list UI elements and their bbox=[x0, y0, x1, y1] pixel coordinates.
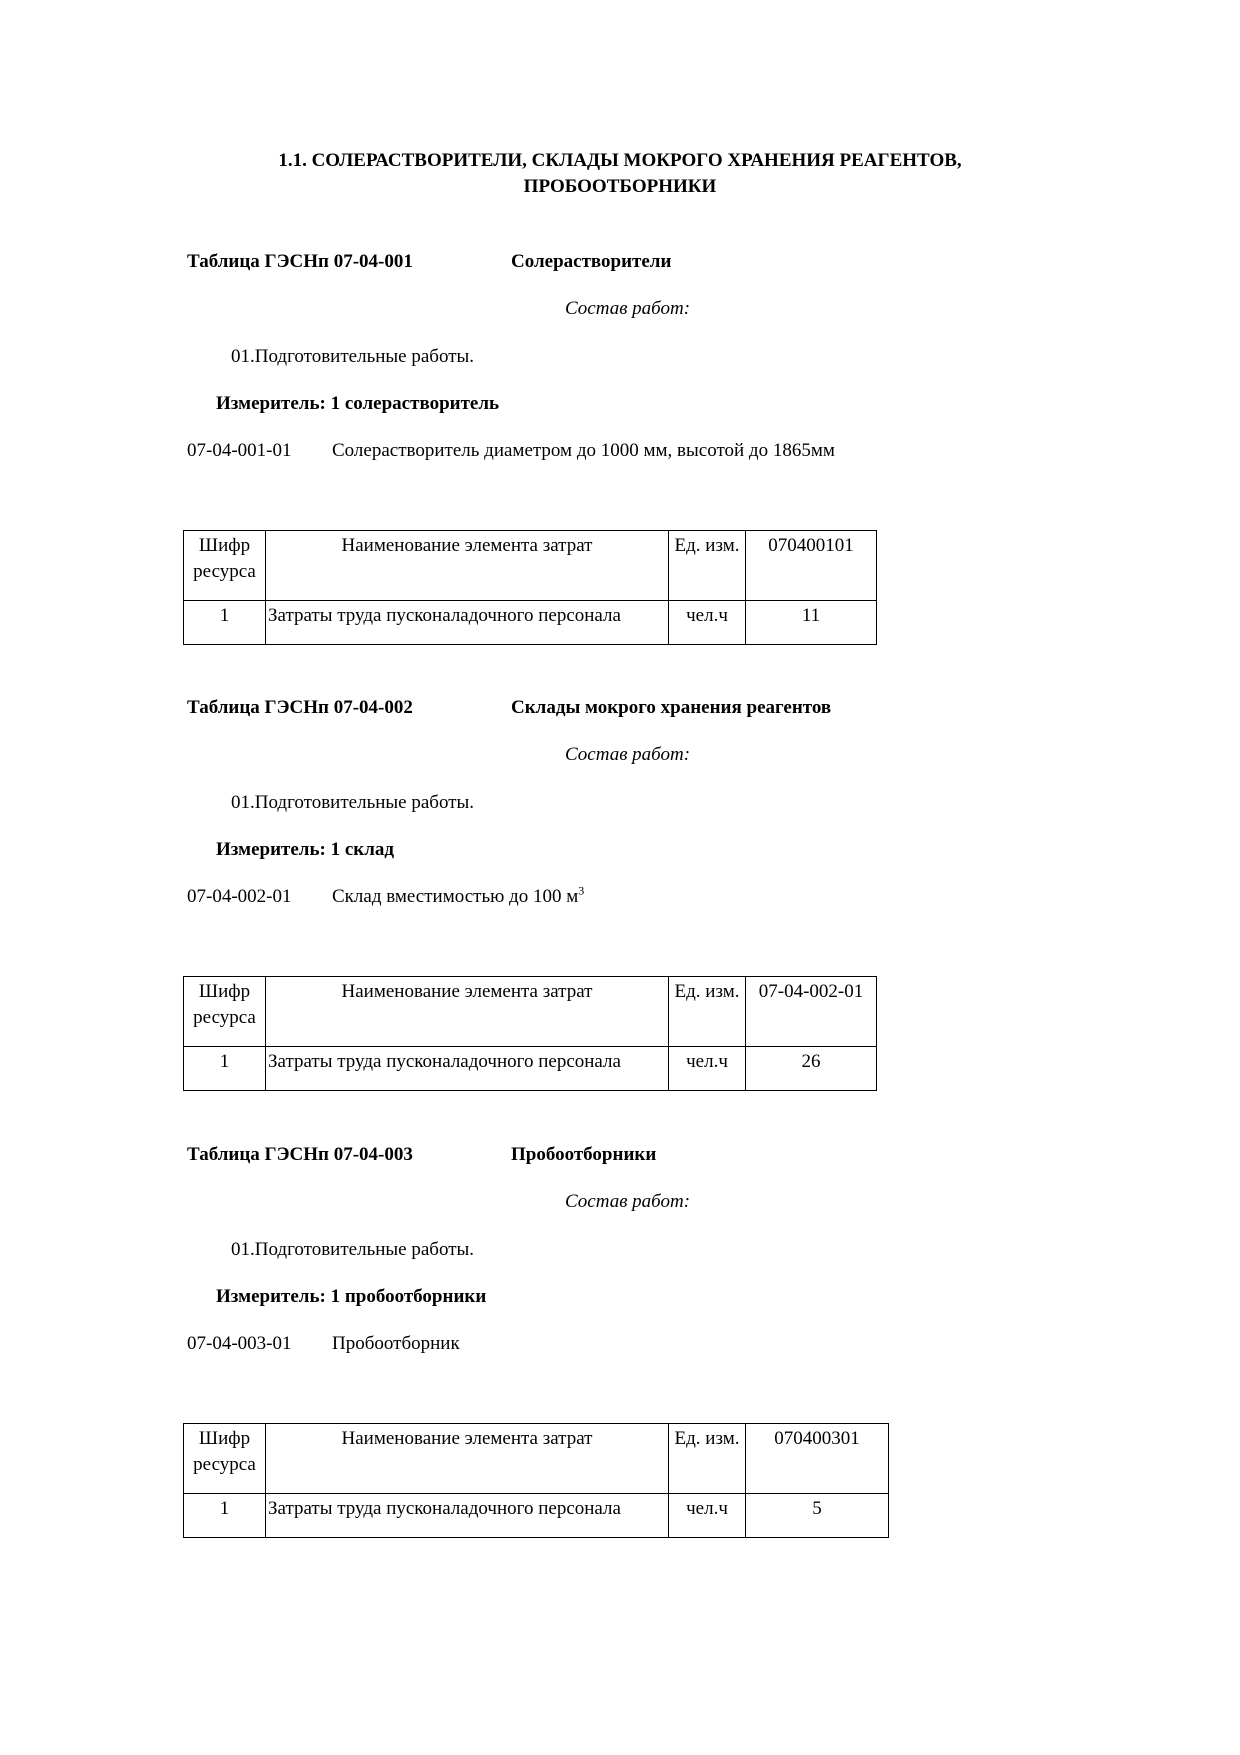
work-heading: Состав работ: bbox=[565, 744, 690, 766]
resource-table: Шифр ресурса Наименование элемента затра… bbox=[183, 530, 877, 645]
item-description: Пробоотборник bbox=[332, 1333, 460, 1355]
work-item: 01.Подготовительные работы. bbox=[231, 346, 474, 368]
work-heading: Состав работ: bbox=[565, 298, 690, 320]
cell-unit: чел.ч bbox=[669, 1494, 746, 1538]
table-name: Пробоотборники bbox=[511, 1144, 656, 1166]
item-code: 07-04-003-01 bbox=[187, 1333, 291, 1355]
resource-table: Шифр ресурса Наименование элемента затра… bbox=[183, 1423, 889, 1538]
item-description: Склад вместимостью до 100 м3 bbox=[332, 886, 584, 908]
title-line-2: ПРОБООТБОРНИКИ bbox=[0, 174, 1240, 200]
cell-resource-code: 1 bbox=[184, 1494, 266, 1538]
item-code: 07-04-002-01 bbox=[187, 886, 291, 908]
cell-resource-code: 1 bbox=[184, 601, 266, 645]
table-name: Склады мокрого хранения реагентов bbox=[511, 697, 831, 719]
header-norm-code: 070400101 bbox=[746, 531, 877, 601]
header-unit: Ед. изм. bbox=[669, 531, 746, 601]
item-desc-superscript: 3 bbox=[578, 884, 584, 898]
table-header-row: Шифр ресурса Наименование элемента затра… bbox=[184, 977, 877, 1047]
item-description: Солерастворитель диаметром до 1000 мм, в… bbox=[332, 440, 835, 462]
cell-cost-element: Затраты труда пусконаладочного персонала bbox=[266, 601, 669, 645]
table-name: Солерастворители bbox=[511, 251, 671, 273]
table-row: 1 Затраты труда пусконаладочного персона… bbox=[184, 1494, 889, 1538]
header-resource-code: Шифр ресурса bbox=[184, 531, 266, 601]
cell-cost-element: Затраты труда пусконаладочного персонала bbox=[266, 1494, 669, 1538]
table-row: 1 Затраты труда пусконаладочного персона… bbox=[184, 1047, 877, 1091]
work-item: 01.Подготовительные работы. bbox=[231, 792, 474, 814]
header-norm-code: 07-04-002-01 bbox=[746, 977, 877, 1047]
table-code: Таблица ГЭСНп 07-04-002 bbox=[187, 697, 413, 719]
header-unit: Ед. изм. bbox=[669, 977, 746, 1047]
header-cost-element: Наименование элемента затрат bbox=[266, 977, 669, 1047]
table-header-row: Шифр ресурса Наименование элемента затра… bbox=[184, 1424, 889, 1494]
item-code: 07-04-001-01 bbox=[187, 440, 291, 462]
cell-value: 11 bbox=[746, 601, 877, 645]
header-cost-element: Наименование элемента затрат bbox=[266, 531, 669, 601]
table-header-row: Шифр ресурса Наименование элемента затра… bbox=[184, 531, 877, 601]
table-code: Таблица ГЭСНп 07-04-003 bbox=[187, 1144, 413, 1166]
header-unit: Ед. изм. bbox=[669, 1424, 746, 1494]
work-item: 01.Подготовительные работы. bbox=[231, 1239, 474, 1261]
item-desc-text: Склад вместимостью до 100 м bbox=[332, 886, 578, 907]
title-line-1: 1.1. СОЛЕРАСТВОРИТЕЛИ, СКЛАДЫ МОКРОГО ХР… bbox=[0, 148, 1240, 174]
table-row: 1 Затраты труда пусконаладочного персона… bbox=[184, 601, 877, 645]
header-cost-element: Наименование элемента затрат bbox=[266, 1424, 669, 1494]
cell-unit: чел.ч bbox=[669, 1047, 746, 1091]
header-resource-code: Шифр ресурса bbox=[184, 1424, 266, 1494]
header-norm-code: 070400301 bbox=[746, 1424, 889, 1494]
cell-resource-code: 1 bbox=[184, 1047, 266, 1091]
item-desc-text: Пробоотборник bbox=[332, 1333, 460, 1354]
meter: Измеритель: 1 солерастворитель bbox=[216, 393, 499, 415]
meter: Измеритель: 1 пробоотборники bbox=[216, 1286, 486, 1308]
header-resource-code: Шифр ресурса bbox=[184, 977, 266, 1047]
work-heading: Состав работ: bbox=[565, 1191, 690, 1213]
resource-table: Шифр ресурса Наименование элемента затра… bbox=[183, 976, 877, 1091]
cell-value: 5 bbox=[746, 1494, 889, 1538]
cell-unit: чел.ч bbox=[669, 601, 746, 645]
document-title: 1.1. СОЛЕРАСТВОРИТЕЛИ, СКЛАДЫ МОКРОГО ХР… bbox=[0, 148, 1240, 200]
table-code: Таблица ГЭСНп 07-04-001 bbox=[187, 251, 413, 273]
cell-value: 26 bbox=[746, 1047, 877, 1091]
item-desc-text: Солерастворитель диаметром до 1000 мм, в… bbox=[332, 440, 835, 461]
cell-cost-element: Затраты труда пусконаладочного персонала bbox=[266, 1047, 669, 1091]
meter: Измеритель: 1 склад bbox=[216, 839, 394, 861]
